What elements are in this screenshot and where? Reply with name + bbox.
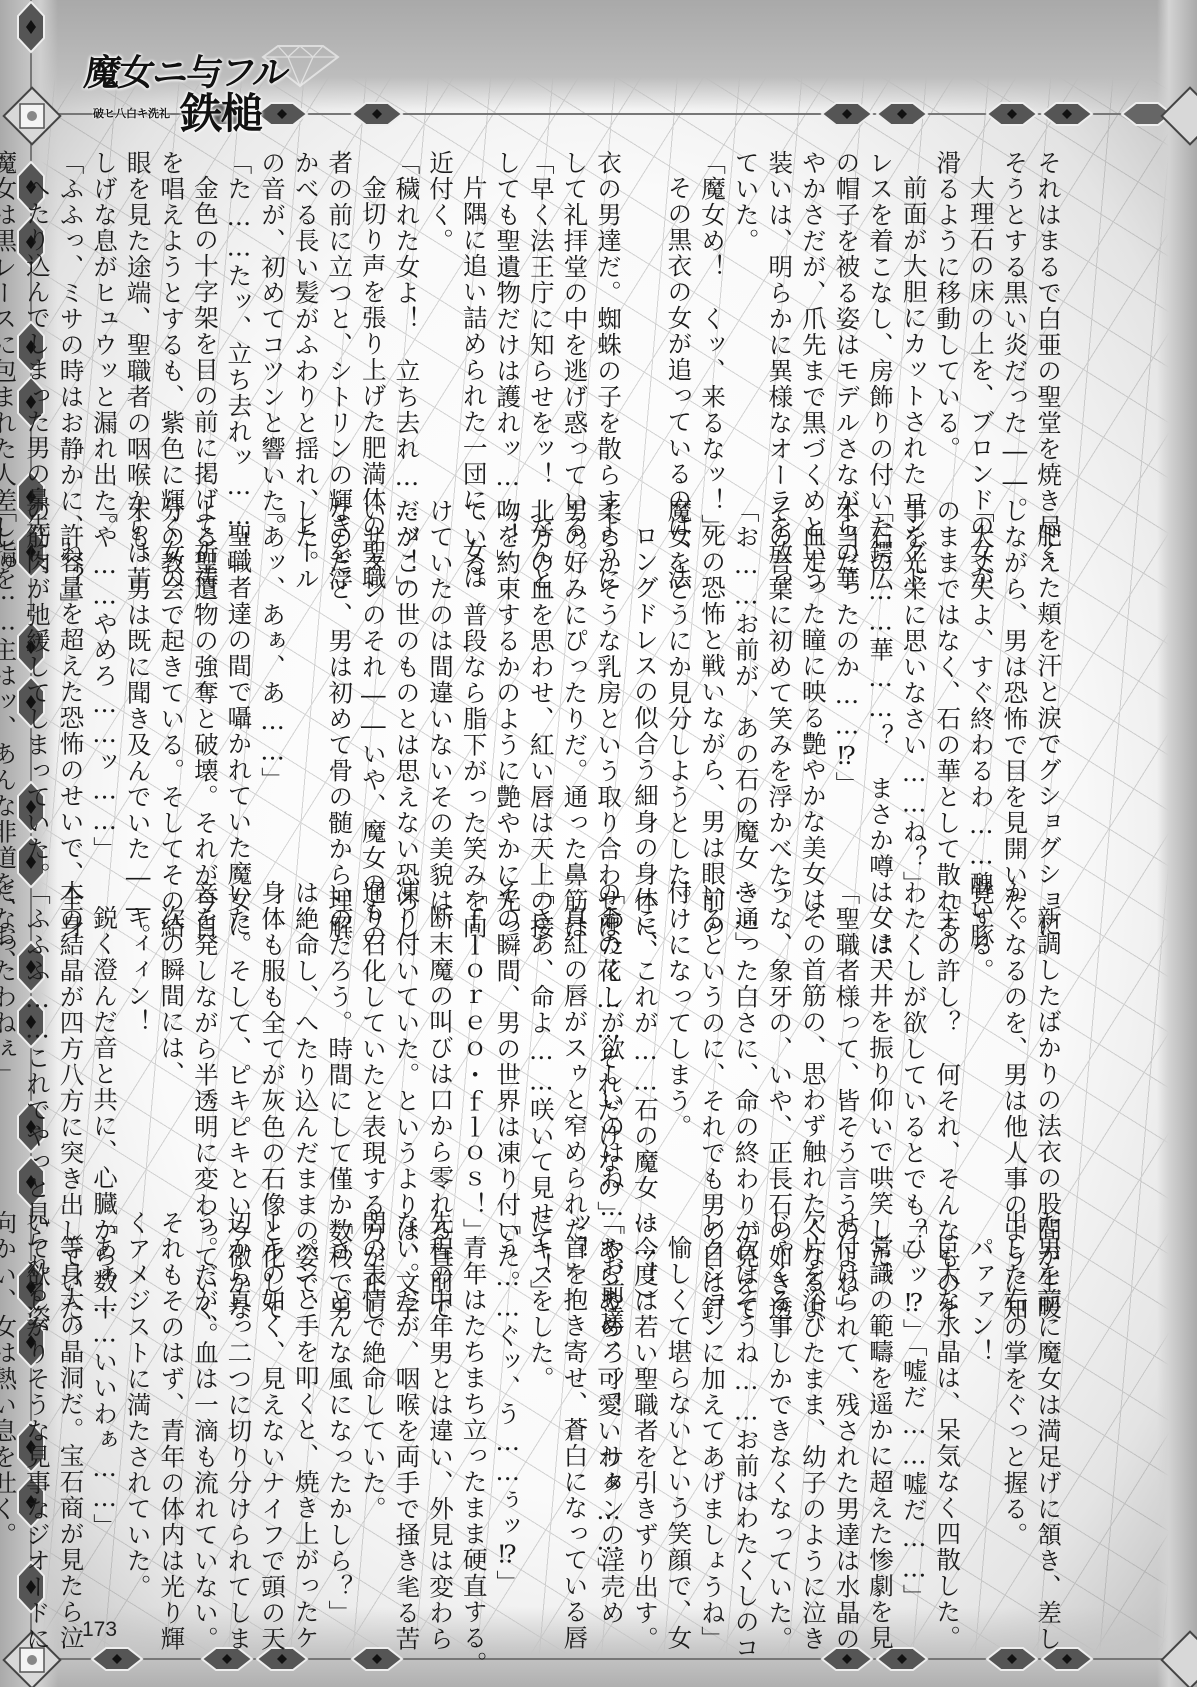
text-line: かくなるのを、男は他人事のように知 xyxy=(998,880,1032,1220)
text-line: ていた。 xyxy=(729,150,763,490)
text-line: 「た……たッ、立ち去れッ……！」 xyxy=(222,150,256,490)
text-line: 滑るように移動している。 xyxy=(931,150,965,490)
text-line: 装いは、明らかに異様なオーラを放っ xyxy=(763,150,797,490)
text-line: レクションに加えてあげましょうね」 xyxy=(695,1210,729,1550)
text-line: 男の好みにぴったりだ。通った鼻筋は xyxy=(558,498,592,838)
text-line: 付けになってしまう。 xyxy=(662,880,696,1220)
text-line: にキスをした。 xyxy=(524,1210,558,1550)
text-line: 「ｆｌｏｒｅｏ・ｆｌｏｓ！」 xyxy=(457,880,491,1220)
text-line: 本当だったのか……⁉」 xyxy=(830,498,864,838)
text-line: 悶の表情で絶命していた。 xyxy=(356,1210,390,1550)
text-line: 「大丈夫よ、すぐ終わるわ……醜い豚 xyxy=(964,498,998,838)
text-line: いのだろう。時間にして僅か数秒で男 xyxy=(323,880,357,1220)
tier-2-left-text: 柔らかそうな乳房という取り合わせは、 男の好みにぴったりだ。通った鼻筋は 北方の… xyxy=(65,498,625,838)
corner-cross-ornament-icon xyxy=(1160,86,1197,146)
text-line: 本の結晶が四方八方に突き出していた。 xyxy=(54,880,88,1220)
text-line: 先程の中年男とは違い、外見は変わら xyxy=(423,1210,457,1550)
text-line: その首筋の、思わず触れたくなるよ xyxy=(796,880,830,1220)
book-title-logo: 魔女ニ与フル 鉄槌 破ヒ八白キ洗礼 xyxy=(85,45,315,130)
text-line: 「や……やめろ……ッ……」 xyxy=(88,498,122,838)
text-line: 許容量を超えた恐怖のせいで、全身 xyxy=(54,498,88,838)
text-line: 欠片を浴びたまま、幼子のように泣き xyxy=(796,1210,830,1550)
text-line: やかさだが、爪先まで黒づくめという xyxy=(796,150,830,490)
text-line: 「あぁ……いいわぁ……」 xyxy=(88,1210,122,1550)
text-line: して礼拝堂の中を逃げ惑っている。 xyxy=(558,150,592,490)
text-line: 「穢れた女よ！ 立ち去れ……ッ！」 xyxy=(390,150,424,490)
text-line: 女は天井を振り仰いで哄笑した。 xyxy=(863,880,897,1220)
text-line: その黒衣の女が追っているのは、法 xyxy=(662,150,696,490)
text-line: なのだと、男は初めて骨の髄から理解 xyxy=(323,498,357,838)
tier-3-left-text: の命の花……それだけなの」 真紅の唇がスゥと窄められた。 「さあ、命よ……咲いて… xyxy=(65,880,625,1220)
text-line: 「早く法王庁に知らせをッ！ なんと xyxy=(524,150,558,490)
text-line: 愉しくて堪らないという笑顔で、女 xyxy=(662,1210,696,1550)
text-line: よる聖遺物の強奪と破壊。それが今自 xyxy=(188,498,222,838)
text-line: キィィン！ xyxy=(121,880,155,1220)
text-line: いた。そして、ピキピキという微かな xyxy=(222,880,256,1220)
text-line: いるというのに、それでも男の目は釘 xyxy=(695,880,729,1220)
text-line: 身体も服も全てが灰色の石像と化して xyxy=(255,880,289,1220)
text-line: 眼を見た途端、聖職者の咽喉からは苦 xyxy=(121,150,155,490)
text-line: 分の教会で起きている。そしてその結 xyxy=(155,498,189,838)
text-line: しげな息がヒュウッと漏れ出た。 xyxy=(88,150,122,490)
text-line: いサタンのそれ――いや、魔女のもの xyxy=(356,498,390,838)
text-line: 「う……ぐッ、う……ぅッ⁉」 xyxy=(491,1210,525,1550)
text-line: 金色の十字架を目の前に掲げて祈祷 xyxy=(188,150,222,490)
text-line: 「ふふっ、ミサの時はお静かに、ね？」 xyxy=(54,150,88,490)
text-line: ている。普段なら脂下がった笑みを向 xyxy=(457,498,491,838)
text-line: うな、象牙の、いや、正長石の如き透 xyxy=(763,880,797,1220)
text-line: 近付く。 xyxy=(423,150,457,490)
text-line: 「ひッ⁉」「嘘だ……嘘だ……」 xyxy=(897,1210,931,1550)
text-line: ない。だが、咽喉を両手で掻き毟る苦 xyxy=(390,1210,424,1550)
text-line: 青年はたちまち立ったまま硬直する。 xyxy=(457,1210,491,1550)
text-line: その言葉に初めて笑みを浮かべた。 xyxy=(763,498,797,838)
text-line: 「お……お前が、あの石の魔女……」 xyxy=(729,498,763,838)
ornament-gem-icon xyxy=(985,1646,1039,1672)
text-line: 死の恐怖と戦いながら、男は眼前の xyxy=(695,498,729,838)
text-line: の音が、初めてコツンと響いた。 xyxy=(255,150,289,490)
text-line: 出した右の掌をぐっと握る。 xyxy=(998,1210,1032,1550)
text-line: せ付けられて、残された男達は水晶の xyxy=(830,1210,864,1550)
text-line: 「あらあら、可愛いわぁ……」 xyxy=(591,1210,625,1550)
ornament-gem-icon xyxy=(90,1646,144,1672)
text-line: それはまるで白亜の聖堂を焼き尽く xyxy=(1031,150,1065,490)
text-line: 新調したばかりの法衣の股間が生暖 xyxy=(1031,880,1065,1220)
text-line: ーキの如く、見えないナイフで頭の天 xyxy=(255,1210,289,1550)
text-line: 魔女は黒レースに包まれた人差し指を xyxy=(0,150,20,490)
text-line: 「主の許し？ 何それ、そんなものを xyxy=(931,880,965,1220)
text-line: わたくしが欲しているとでも？」 xyxy=(897,880,931,1220)
text-line: だがこの世のものとは思えない恐ろし xyxy=(390,498,424,838)
text-line: 辺から真っ二つに切り分けられてしま xyxy=(222,1210,256,1550)
text-line: 「しゅ……主はッ、あんな非道を、お、 xyxy=(0,498,20,838)
text-line: のままではなく、石の華として散れる xyxy=(931,498,965,838)
text-line: 前面が大胆にカットされたロングド xyxy=(897,150,931,490)
text-line: じゃくる事しかできなくなっていた。 xyxy=(763,1210,797,1550)
text-line: 「あッ、あぁ、あ……」 xyxy=(255,498,289,838)
text-line: た男を前に魔女は満足げに頷き、差し xyxy=(1031,1210,1065,1550)
text-line: う。だが、血は一滴も流れていない。 xyxy=(188,1210,222,1550)
text-line: 金切り声を張り上げた肥満体の聖職 xyxy=(356,150,390,490)
ornament-gem-icon xyxy=(1040,101,1094,127)
text-line: パァァン！ xyxy=(964,1210,998,1550)
title-main-big: 鉄槌 xyxy=(180,81,262,141)
text-line: の筋肉が弛緩してしまっていた。 xyxy=(20,498,54,838)
text-line: は絶命し、へたり込んだままの姿で、 xyxy=(289,880,323,1220)
text-line: 通り石化していたと表現する方が正し xyxy=(356,880,390,1220)
text-line: ロングドレスの似合う細身の身体に、 xyxy=(628,498,662,838)
text-line: 断末魔の叫びは口から零れる直前で xyxy=(423,880,457,1220)
text-line: けていたのは間違いないその美貌は、 xyxy=(423,498,457,838)
text-line: 「ふふふ……これでやっと見られる姿 xyxy=(20,880,54,1220)
page-number: 173 xyxy=(82,1618,117,1642)
text-line: 片隅に追い詰められた一団に、女は xyxy=(457,150,491,490)
text-line: 末も、男は既に聞き及んでいた――。 xyxy=(121,498,155,838)
text-line: した。 xyxy=(289,498,323,838)
text-line: 次の瞬間には、 xyxy=(155,880,189,1220)
ornament-gem-icon xyxy=(985,101,1039,127)
text-line: になったわねぇ」 xyxy=(0,880,20,1220)
text-line: 巨大な水晶は、呆気なく四散した。 xyxy=(931,1210,965,1550)
text-line: 魔女をどうにか見分しようとした。 xyxy=(662,498,696,838)
tier-3-right-text: 新調したばかりの法衣の股間が生暖 かくなるのを、男は他人事のように知 覚する。 … xyxy=(640,880,1065,1220)
text-line: それもそのはず、青年の体内は光り輝 xyxy=(155,1210,189,1550)
ornament-gem-icon xyxy=(820,101,874,127)
tier-1-right-text: それはまるで白亜の聖堂を焼き尽く そうとする黒い炎だった――。 大理石の床の上を… xyxy=(640,150,1065,490)
text-line: 常識の範疇を遥かに超えた惨劇を見 xyxy=(863,1210,897,1550)
text-line: その瞬間、男の世界は凍り付いた。 xyxy=(491,880,525,1220)
text-line: 衣の男達だ。蜘蛛の子を散らすように xyxy=(591,150,625,490)
text-line: くアメジストに満たされていた。 xyxy=(121,1210,155,1550)
text-line: 「魔女め！ くッ、来るなッ！」 xyxy=(695,150,729,490)
tier-1-left-text: 衣の男達だ。蜘蛛の子を散らすように して礼拝堂の中を逃げ惑っている。 「早く法王… xyxy=(65,150,625,490)
text-line: 等身大の晶洞だ。宝石商が見たら泣 xyxy=(54,1210,88,1550)
text-line: 首を抱き寄せ、蒼白になっている唇 xyxy=(558,1210,592,1550)
text-line: 音を発しながら半透明に変わっていく。 xyxy=(188,880,222,1220)
text-line: 鋭く澄んだ音と共に、心臓から数十 xyxy=(88,880,122,1220)
text-line: 「石の……華……？ まさか噂は、ほ、 xyxy=(863,498,897,838)
text-line: 聖職者達の間で囁かれていた魔女に xyxy=(222,498,256,838)
text-line: 「さ、どんな風になったかしら？」 xyxy=(323,1210,357,1550)
text-line: パンと手を叩くと、焼き上がったケ xyxy=(289,1210,323,1550)
text-line: 「さあ、命よ……咲いて見せて！」 xyxy=(524,880,558,1220)
text-line: 向かい、女は熱い息を吐く。 xyxy=(0,1210,20,1550)
text-line: 吻を約束するかのように艶やかに光っ xyxy=(491,498,525,838)
text-line: （こ、これが……石の魔女……！） xyxy=(628,880,662,1220)
text-line: 肥えた頬を汗と涙でグショグショに xyxy=(1031,498,1065,838)
tier-4-right-text: た男を前に魔女は満足げに頷き、差し 出した右の掌をぐっと握る。 パァァン！ 巨大… xyxy=(640,1210,1065,1550)
corner-cross-ornament-icon xyxy=(2,86,62,146)
text-line: いて欲しがりそうな見事なジオードに xyxy=(20,1210,54,1550)
tier-4-left-text: 「あらあら、可愛いわぁ……」 首を抱き寄せ、蒼白になっている唇 にキスをした。 … xyxy=(65,1210,625,1550)
text-line: 大理石の床の上を、ブロンドの女が xyxy=(964,150,998,490)
text-line: 「聖職者様って、皆そう言うのよね」 xyxy=(830,880,864,1220)
text-line: レスを着こなし、房飾りの付いた鍔広 xyxy=(863,150,897,490)
text-line: しながら、男は恐怖で目を見開いた。 xyxy=(998,498,1032,838)
ornament-gem-icon xyxy=(875,101,929,127)
text-line: 事を光栄に思いなさい……ね？」 xyxy=(897,498,931,838)
right-frame-band xyxy=(1157,0,1197,1687)
title-subtitle: 破ヒ八白キ洗礼 xyxy=(93,105,170,121)
corner-cross-ornament-icon xyxy=(1160,1630,1197,1687)
text-line: 真紅の唇がスゥと窄められた。 xyxy=(558,880,592,1220)
ornament-gem-icon xyxy=(350,101,404,127)
text-line: 北方の血を思わせ、紅い唇は天上の接 xyxy=(524,498,558,838)
tier-2-right-text: 肥えた頬を汗と涙でグショグショに しながら、男は恐怖で目を見開いた。 「大丈夫よ… xyxy=(640,498,1065,838)
ornament-gem-icon xyxy=(16,0,46,54)
text-line: そうとする黒い炎だった――。 xyxy=(998,150,1032,490)
text-line: かべる長い髪がふわりと揺れ、ヒール xyxy=(289,150,323,490)
text-line: へたり込んでしまった男の鼻先に、 xyxy=(20,150,54,490)
text-line: の帽子を被る姿はモデルさながらの華 xyxy=(830,150,864,490)
text-line: 凍り付いていた。というよりは、文字 xyxy=(390,880,424,1220)
text-line: き通った白さに、命の終わりが見えて xyxy=(729,880,763,1220)
text-line: を唱えようとするも、紫色に輝く女の xyxy=(155,150,189,490)
text-line: 「次はそうね……お前はわたくしのコ xyxy=(729,1210,763,1550)
text-line: は今度は若い聖職者を引きずり出す。 xyxy=(628,1210,662,1550)
text-line: 血走った瞳に映る艶やかな美女は、 xyxy=(796,498,830,838)
text-line: 覚する。 xyxy=(964,880,998,1220)
text-line: の命の花……それだけなの」 xyxy=(591,880,625,1220)
text-line: 柔らかそうな乳房という取り合わせは、 xyxy=(591,498,625,838)
text-line: 者の前に立つと、シトリンの輝きを浮 xyxy=(323,150,357,490)
text-line: しても聖遺物だけは護れッ……！」 xyxy=(491,150,525,490)
